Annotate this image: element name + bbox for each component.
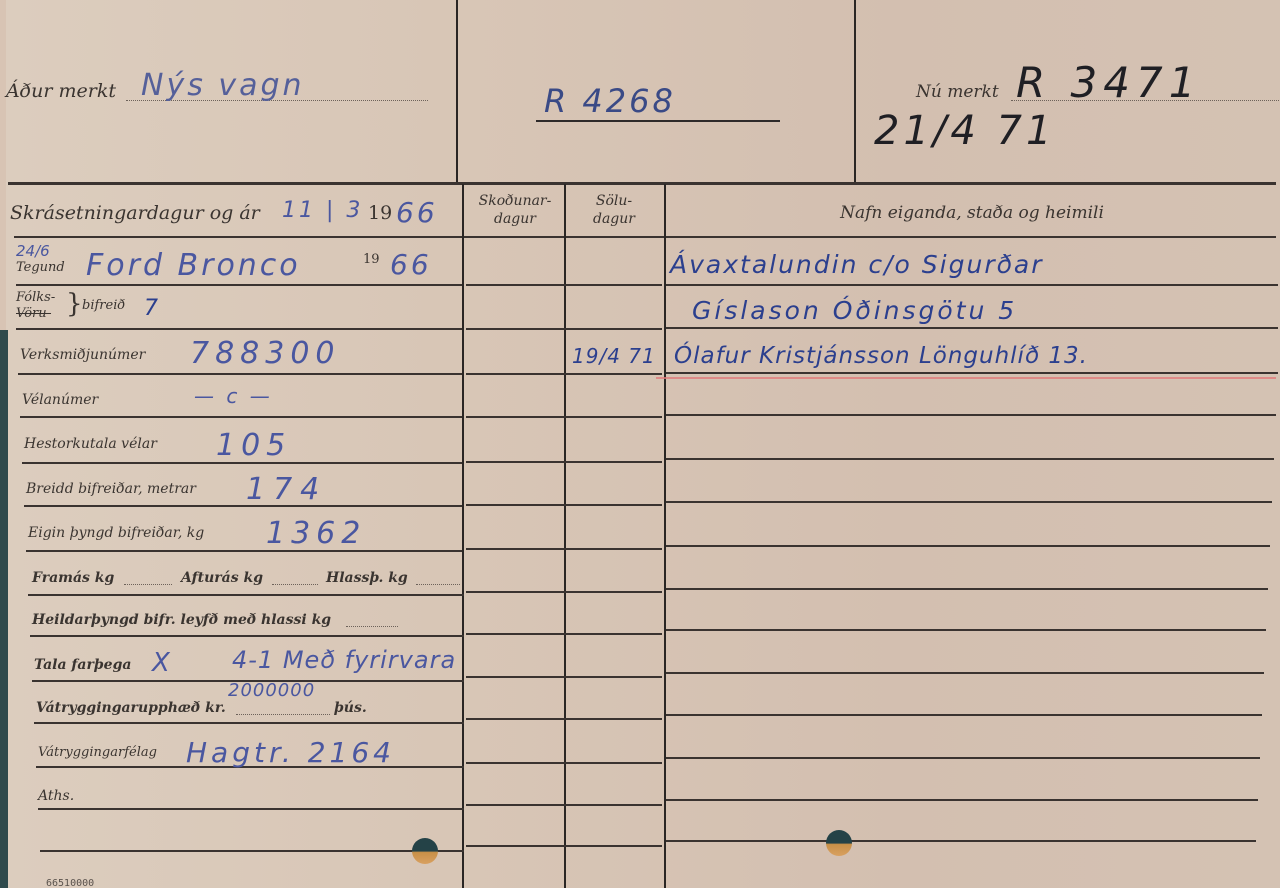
background-edge [0,330,8,888]
owner-col-lines [666,0,1280,888]
owner-line-2[interactable]: Gíslason Óðinsgötu 5 [692,296,1017,325]
tegund-year[interactable]: 66 [390,248,432,281]
vatryggingarupphaed-suffix: þús. [334,700,367,716]
tala-farthega-label: Tala farþega [34,657,131,673]
tegund-annotation: 24/6 [16,242,50,260]
heildarthyngd-label: Heildarþyngd bifr. leyfð með hlassi kg [32,612,331,628]
row-line [28,594,464,596]
bifreid-value[interactable]: 7 [144,296,161,321]
vatryggingarupphaed-dots [236,714,330,715]
row-line [20,416,462,418]
heildarthyngd-dots [346,626,398,627]
hlassth-label: Hlassþ. kg [326,570,408,586]
voru-label: Vöru- [16,306,51,321]
hestorkutala-label: Hestorkutala vélar [24,436,157,452]
adur-merkt-label: Áður merkt [6,80,116,102]
registration-card: Áður merkt Nýs vagn R 4268 Nú merkt R 34… [6,0,1280,888]
velanumer-value[interactable]: — c — [194,384,273,408]
aths-label: Aths. [38,788,74,804]
row-line [16,328,462,330]
punch-hole-left [412,838,438,864]
breidd-value[interactable]: 174 [246,472,327,507]
owner-line-1[interactable]: Ávaxtalundin c/o Sigurðar [670,250,1044,279]
verksmidjunumer-label: Verksmiðjunúmer [20,347,145,363]
tegund-year-prefix: 19 [363,252,380,267]
row-line [30,635,464,637]
folks-label: Fólks- [16,290,55,305]
framas-label: Framás kg [32,570,114,586]
row-line [38,808,464,810]
afturas-label: Afturás kg [181,570,263,586]
middle-col-lines [464,0,664,888]
owner-line-3[interactable]: Ólafur Kristjánsson Lönguhlíð 13. [674,343,1088,369]
bifreid-label: bifreið [82,298,125,313]
row-line [26,550,462,552]
row-line [24,505,462,507]
hestorkutala-value[interactable]: 105 [216,428,291,463]
adur-merkt-value[interactable]: Nýs vagn [141,68,305,103]
registration-year-prefix: 19 [368,202,392,224]
vatryggingarupphaed-label: Vátryggingarupphæð kr. [36,700,226,716]
registration-day-month[interactable]: 11 | 3 [282,198,363,223]
tala-farthega-x[interactable]: X [152,648,173,678]
vatryggingarfelag-label: Vátryggingarfélag [38,745,157,760]
registration-year[interactable]: 66 [396,196,438,229]
afturas-dots [272,584,318,585]
framas-dots [124,584,172,585]
punch-hole-right [826,830,852,856]
top-divider-1 [456,0,458,182]
form-number: 66510000 [46,878,94,888]
tegund-value[interactable]: Ford Bronco [86,248,301,283]
sale-date-1[interactable]: 19/4 71 [572,344,656,368]
row-line [16,284,462,286]
row-line [40,850,464,852]
bifreid-brace: } [66,288,83,320]
eigin-thyngd-value[interactable]: 1362 [266,516,366,551]
eigin-thyngd-label: Eigin þyngd bifreiðar, kg [28,525,204,541]
tala-farthega-value[interactable]: 4-1 Með fyrirvara [232,646,456,674]
row-line [34,722,464,724]
velanumer-label: Vélanúmer [22,392,98,408]
breidd-label: Breidd bifreiðar, metrar [26,481,196,497]
strike-red-line [656,377,1276,379]
verksmidjunumer-value[interactable]: 788300 [190,336,341,371]
vatryggingarupphaed-value[interactable]: 2000000 [228,680,315,701]
vatryggingarfelag-value[interactable]: Hagtr. 2164 [186,736,395,769]
row-line [18,373,462,375]
hlassth-dots [416,584,460,585]
tegund-label: Tegund [16,260,65,275]
registration-date-label: Skrásetningardagur og ár [10,202,260,224]
